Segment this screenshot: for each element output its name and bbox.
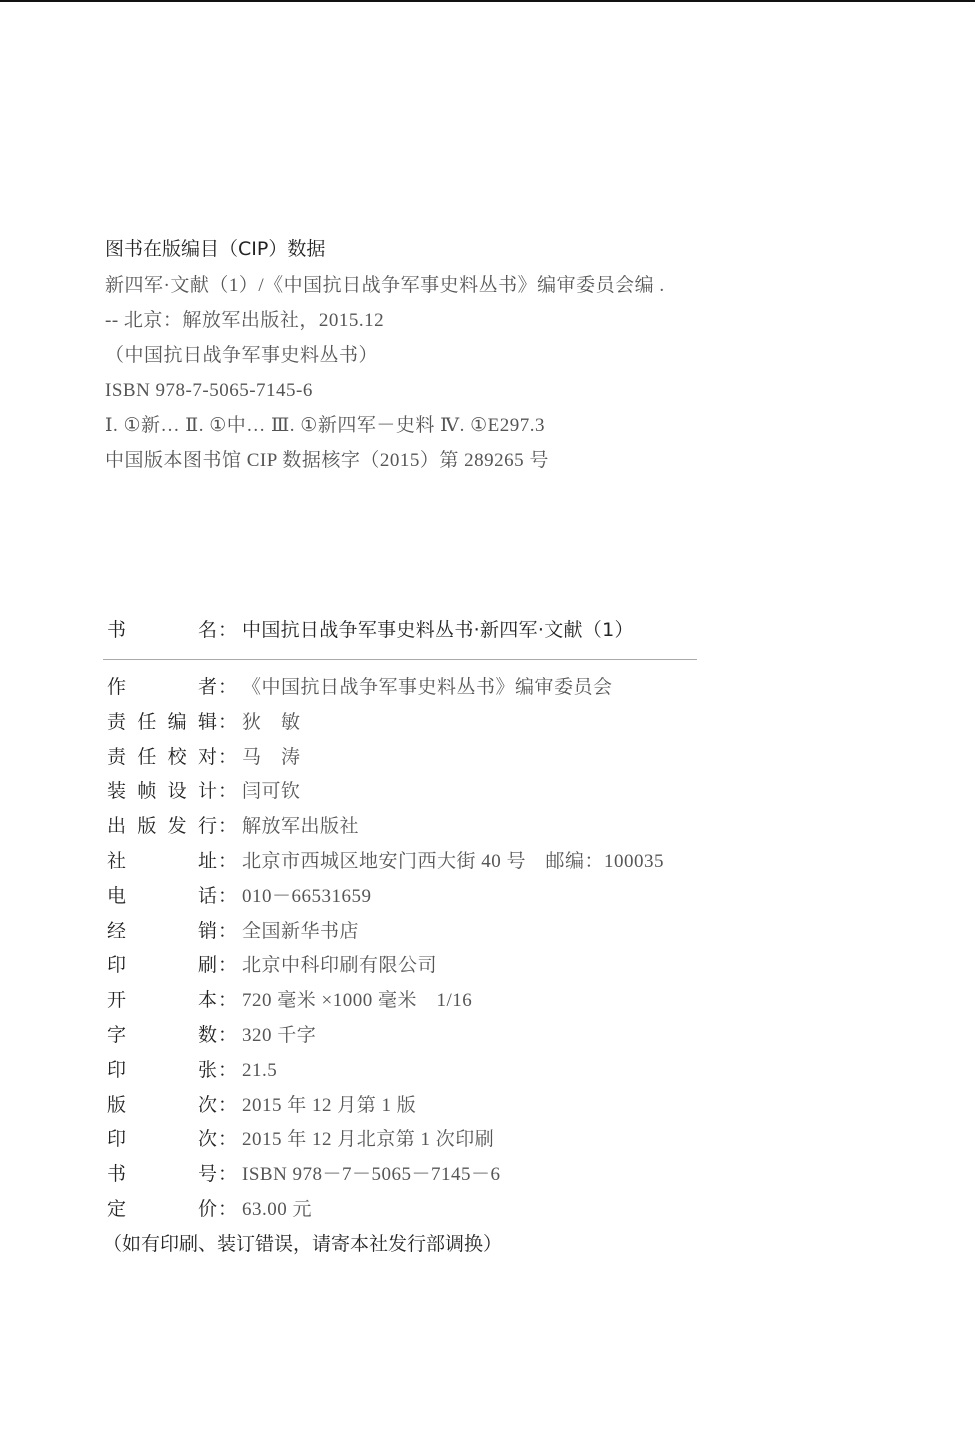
label-char: 销 <box>198 914 217 949</box>
colon: ： <box>218 914 237 949</box>
field-label: 责 任 校 对 <box>107 740 217 775</box>
colon: ： <box>218 879 237 914</box>
label-char: 出 <box>107 809 126 844</box>
address-value: 北京市西城区地安门西大街 40 号 邮编：100035 <box>242 845 664 880</box>
colon: ： <box>218 1192 237 1227</box>
label-char: 任 <box>137 705 156 740</box>
colophon-row-price: 定 价 ： 63.00 元 <box>107 1192 727 1227</box>
colophon-row-distributor: 经 销 ： 全国新华书店 <box>107 914 727 949</box>
field-label: 印 次 <box>107 1122 217 1157</box>
printing-value: 2015 年 12 月北京第 1 次印刷 <box>242 1123 494 1158</box>
word-count-value: 320 千字 <box>242 1019 316 1054</box>
colon: ： <box>218 844 237 879</box>
colon: ： <box>218 809 237 844</box>
colon: ： <box>218 612 237 648</box>
label-char: 书 <box>107 612 126 648</box>
label-char: 对 <box>198 740 217 775</box>
label-char: 张 <box>198 1053 217 1088</box>
label-char: 发 <box>168 809 187 844</box>
colophon-row-edition: 版 次 ： 2015 年 12 月第 1 版 <box>107 1088 727 1123</box>
colophon-row-phone: 电 话 ： 010－66531659 <box>107 879 727 914</box>
author-value: 《中国抗日战争军事史料丛书》编审委员会 <box>242 671 613 706</box>
label-char: 价 <box>198 1192 217 1227</box>
label-char: 开 <box>107 983 126 1018</box>
colon: ： <box>218 670 237 705</box>
replacement-note: （如有印刷、装订错误，请寄本社发行部调换） <box>103 1227 727 1261</box>
field-label: 社 址 <box>107 844 217 879</box>
field-label: 书 名 <box>107 612 217 648</box>
colophon-row-author: 作 者 ： 《中国抗日战争军事史料丛书》编审委员会 <box>107 670 727 705</box>
field-label: 书 号 <box>107 1157 217 1192</box>
label-char: 任 <box>137 740 156 775</box>
colon: ： <box>218 1157 237 1192</box>
colophon-row-book-title: 书 名 ： 中国抗日战争军事史料丛书·新四军·文献（1） <box>107 612 727 648</box>
cip-line-title: 新四军·文献（1）/《中国抗日战争军事史料丛书》编审委员会编 . <box>105 268 805 303</box>
colon: ： <box>218 1053 237 1088</box>
colon: ： <box>218 1018 237 1053</box>
label-char: 字 <box>107 1018 126 1053</box>
field-label: 责 任 编 辑 <box>107 705 217 740</box>
label-char: 社 <box>107 844 126 879</box>
colon: ： <box>218 1122 237 1157</box>
edition-value: 2015 年 12 月第 1 版 <box>242 1089 416 1124</box>
colophon-row-address: 社 址 ： 北京市西城区地安门西大街 40 号 邮编：100035 <box>107 844 727 879</box>
label-char: 责 <box>107 740 126 775</box>
book-title-value: 中国抗日战争军事史料丛书·新四军·文献（1） <box>242 612 634 648</box>
printer-value: 北京中科印刷有限公司 <box>242 949 437 984</box>
field-label: 经 销 <box>107 914 217 949</box>
label-char: 校 <box>168 740 187 775</box>
label-char: 者 <box>198 670 217 705</box>
field-label: 电 话 <box>107 879 217 914</box>
label-char: 行 <box>198 809 217 844</box>
label-char: 数 <box>198 1018 217 1053</box>
colon: ： <box>218 740 237 775</box>
cip-line-publisher: -- 北京：解放军出版社，2015.12 <box>105 303 805 338</box>
colophon-row-word-count: 字 数 ： 320 千字 <box>107 1018 727 1053</box>
label-char: 刷 <box>198 948 217 983</box>
publisher-value: 解放军出版社 <box>242 810 359 845</box>
field-label: 开 本 <box>107 983 217 1018</box>
label-char: 定 <box>107 1192 126 1227</box>
label-char: 帧 <box>137 774 156 809</box>
field-label: 装 帧 设 计 <box>107 774 217 809</box>
colon: ： <box>218 774 237 809</box>
field-label: 印 刷 <box>107 948 217 983</box>
label-char: 计 <box>198 774 217 809</box>
label-char: 经 <box>107 914 126 949</box>
phone-value: 010－66531659 <box>242 880 372 915</box>
label-char: 印 <box>107 948 126 983</box>
colophon-block: 书 名 ： 中国抗日战争军事史料丛书·新四军·文献（1） 作 者 ： 《中国抗日… <box>107 612 727 1261</box>
label-char: 本 <box>198 983 217 1018</box>
field-label: 出 版 发 行 <box>107 809 217 844</box>
label-char: 编 <box>168 705 187 740</box>
label-char: 设 <box>168 774 187 809</box>
field-label: 版 次 <box>107 1088 217 1123</box>
colophon-row-proofreader: 责 任 校 对 ： 马 涛 <box>107 740 727 775</box>
label-char: 版 <box>107 1088 126 1123</box>
label-char: 辑 <box>198 705 217 740</box>
label-char: 次 <box>198 1088 217 1123</box>
label-char: 话 <box>198 879 217 914</box>
field-label: 字 数 <box>107 1018 217 1053</box>
label-char: 责 <box>107 705 126 740</box>
label-char: 装 <box>107 774 126 809</box>
cip-heading: 图书在版编目（CIP）数据 <box>105 234 805 264</box>
colophon-row-format: 开 本 ： 720 毫米 ×1000 毫米 1/16 <box>107 983 727 1018</box>
cip-block: 图书在版编目（CIP）数据 新四军·文献（1）/《中国抗日战争军事史料丛书》编审… <box>105 234 805 478</box>
colophon-row-sheets: 印 张 ： 21.5 <box>107 1053 727 1088</box>
isbn-value: ISBN 978－7－5065－7145－6 <box>242 1158 501 1193</box>
label-char: 书 <box>107 1157 126 1192</box>
label-char: 次 <box>198 1122 217 1157</box>
cip-line-cip-number: 中国版本图书馆 CIP 数据核字（2015）第 289265 号 <box>105 443 805 478</box>
colophon-row-editor: 责 任 编 辑 ： 狄 敏 <box>107 705 727 740</box>
colophon-row-printer: 印 刷 ： 北京中科印刷有限公司 <box>107 948 727 983</box>
label-char: 电 <box>107 879 126 914</box>
cip-line-series: （中国抗日战争军事史料丛书） <box>105 338 805 373</box>
price-value: 63.00 元 <box>242 1193 312 1228</box>
label-char: 印 <box>107 1122 126 1157</box>
editor-value: 狄 敏 <box>242 706 301 741</box>
distributor-value: 全国新华书店 <box>242 915 359 950</box>
field-label: 定 价 <box>107 1192 217 1227</box>
label-char: 作 <box>107 670 126 705</box>
colophon-row-isbn: 书 号 ： ISBN 978－7－5065－7145－6 <box>107 1157 727 1192</box>
field-label: 印 张 <box>107 1053 217 1088</box>
designer-value: 闫可钦 <box>242 775 301 810</box>
copyright-page: 图书在版编目（CIP）数据 新四军·文献（1）/《中国抗日战争军事史料丛书》编审… <box>0 2 975 1439</box>
cip-line-classification: Ⅰ. ①新… Ⅱ. ①中… Ⅲ. ①新四军－史料 Ⅳ. ①E297.3 <box>105 408 805 443</box>
colon: ： <box>218 1088 237 1123</box>
label-char: 号 <box>198 1157 217 1192</box>
proofreader-value: 马 涛 <box>242 741 301 776</box>
title-separator-line <box>103 659 697 660</box>
sheets-value: 21.5 <box>242 1054 277 1089</box>
label-char: 址 <box>198 844 217 879</box>
field-label: 作 者 <box>107 670 217 705</box>
colon: ： <box>218 705 237 740</box>
colon: ： <box>218 983 237 1018</box>
label-char: 名 <box>198 612 217 648</box>
colophon-row-publisher: 出 版 发 行 ： 解放军出版社 <box>107 809 727 844</box>
label-char: 印 <box>107 1053 126 1088</box>
format-value: 720 毫米 ×1000 毫米 1/16 <box>242 984 472 1019</box>
colophon-row-printing: 印 次 ： 2015 年 12 月北京第 1 次印刷 <box>107 1122 727 1157</box>
label-char: 版 <box>137 809 156 844</box>
colophon-row-designer: 装 帧 设 计 ： 闫可钦 <box>107 774 727 809</box>
cip-line-isbn: ISBN 978-7-5065-7145-6 <box>105 373 805 408</box>
colon: ： <box>218 948 237 983</box>
